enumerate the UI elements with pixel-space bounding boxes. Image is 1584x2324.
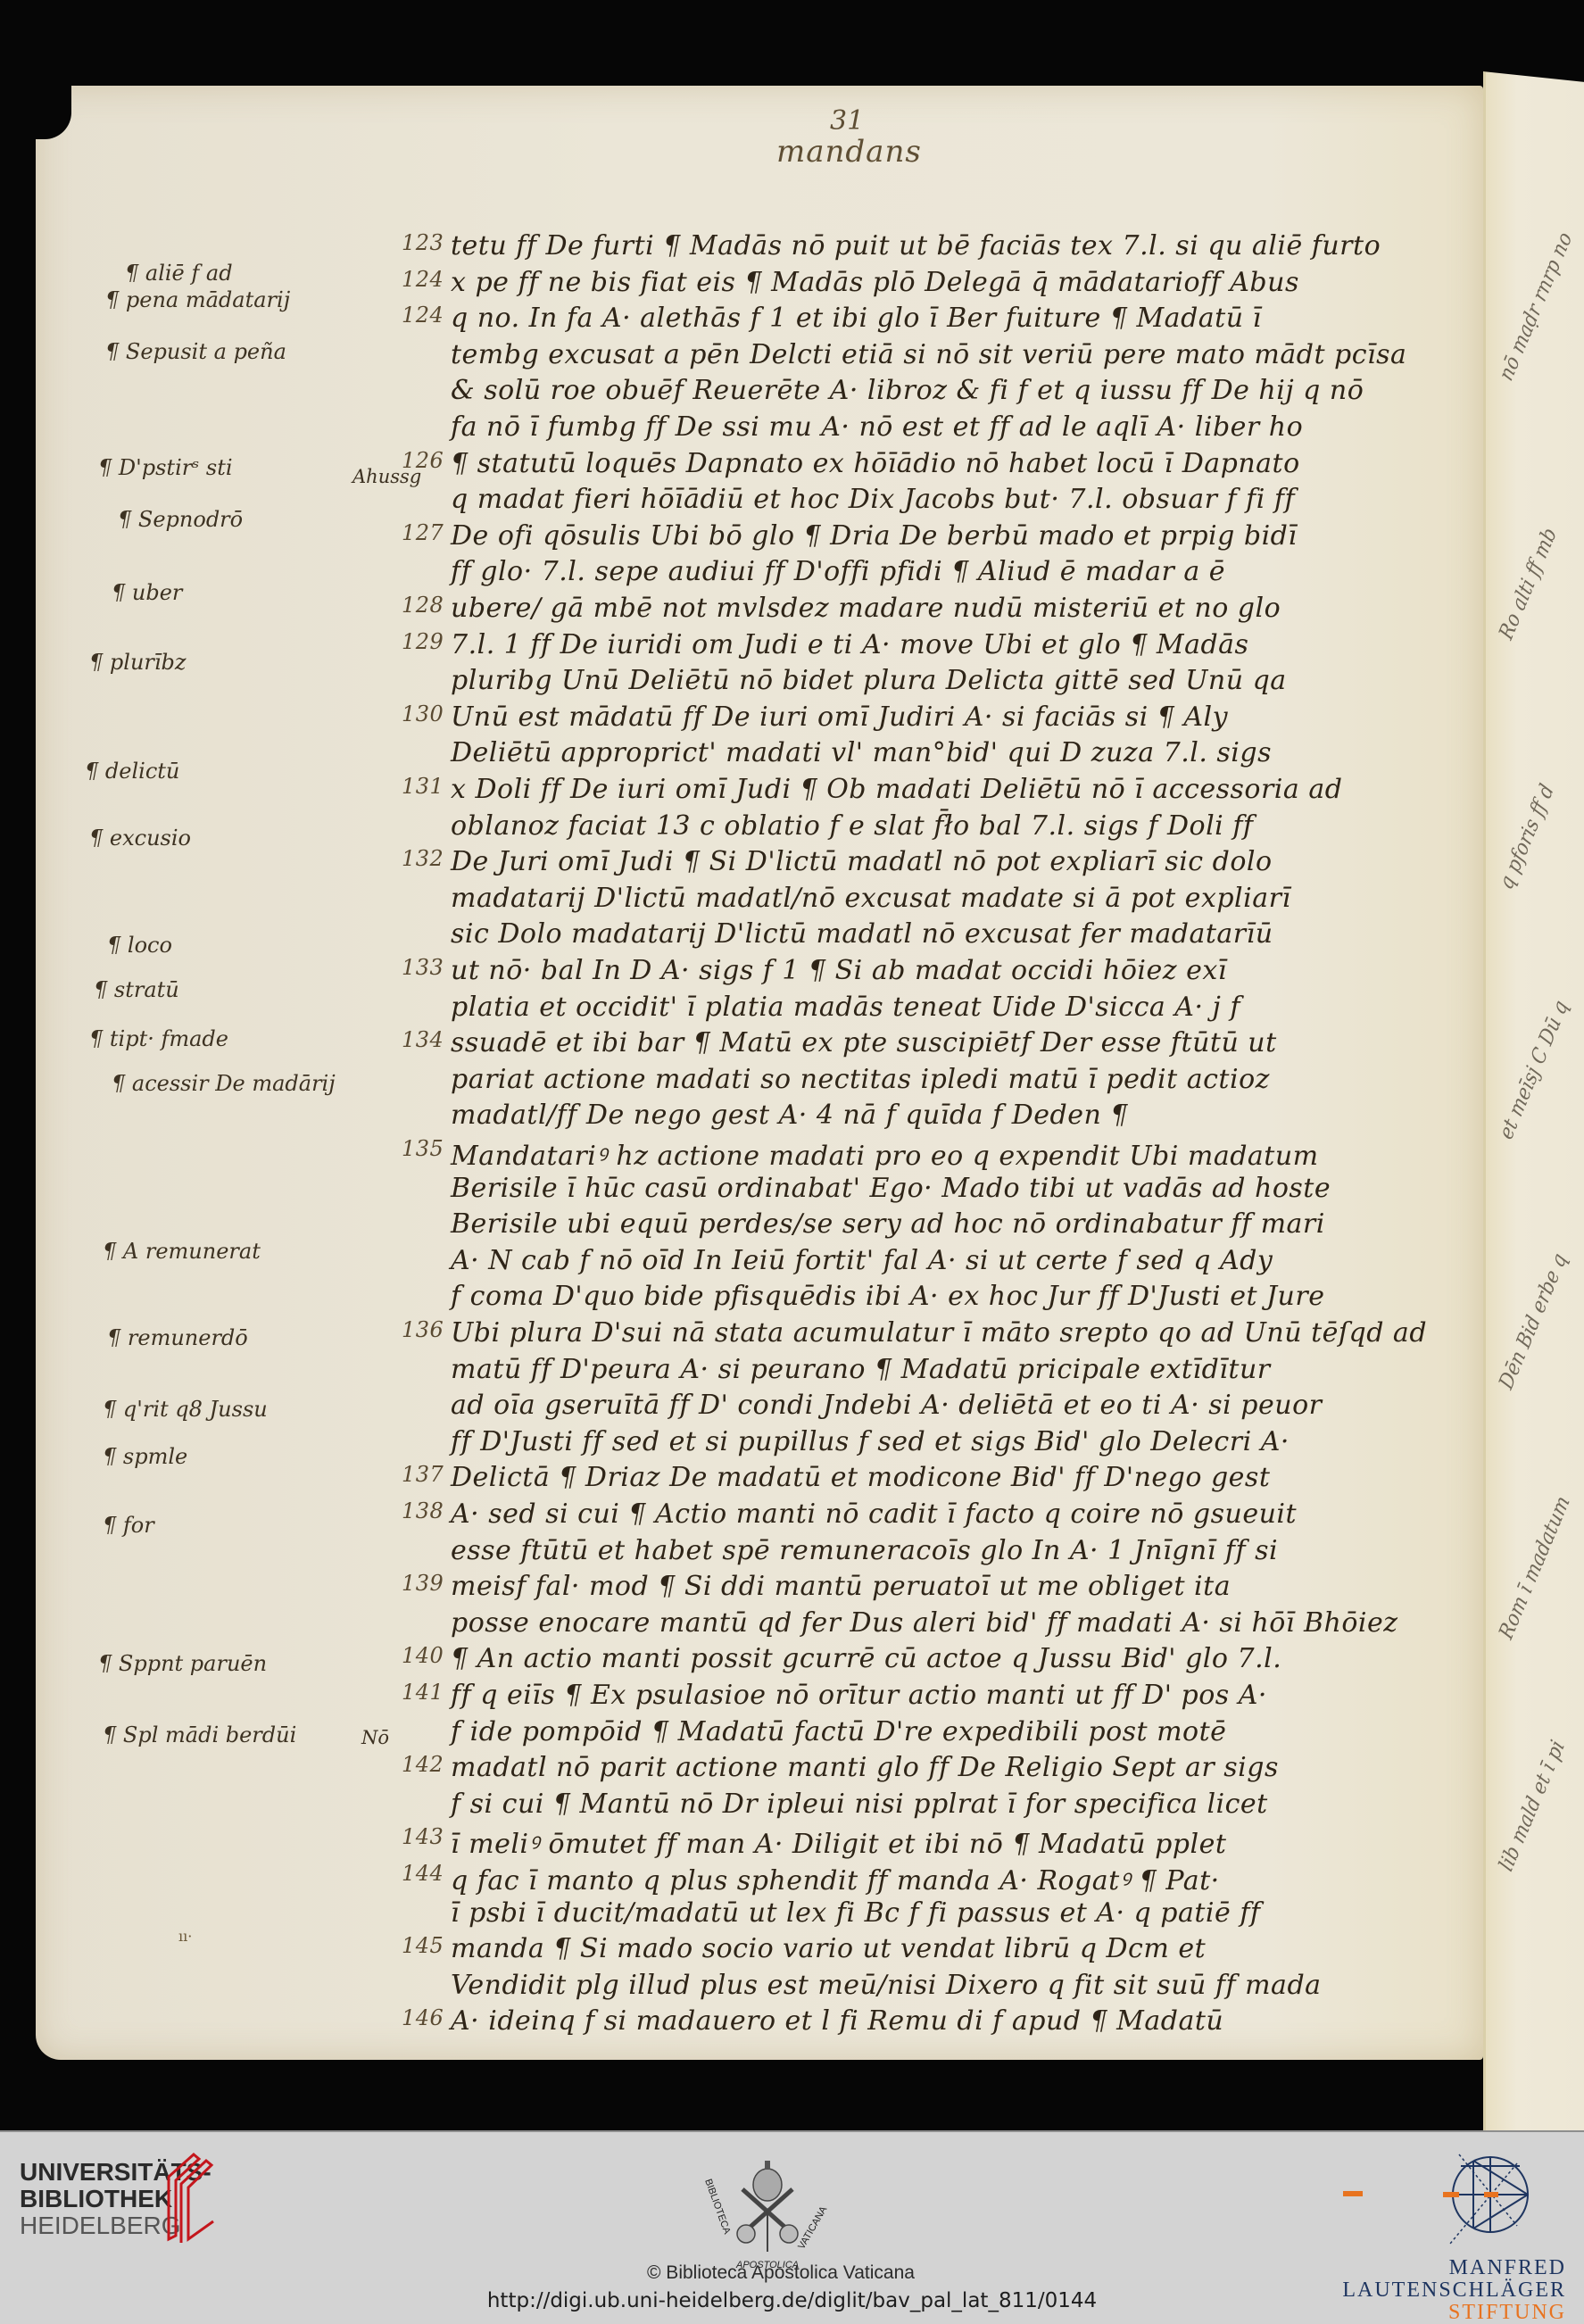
folio-number: 31: [830, 105, 864, 137]
line-text: Delictā ¶ Driaz De madatū et modicone Bi…: [451, 1462, 1270, 1493]
line-text: Mandatariꝰ hz actione madati pro eo q ex…: [451, 1136, 1319, 1173]
line-text: A· N cab f nō oīd In Ieiū fortit' fal A·…: [451, 1245, 1273, 1276]
side-note: Ahussg: [352, 466, 421, 487]
line-text: q fac ī manto q plus sphendit ff manda A…: [451, 1861, 1220, 1897]
line-text: madatl nō parit actione manti glo ff De …: [451, 1752, 1279, 1783]
line-text: De ofi qōsulis Ubi bō glo ¶ Dria De berb…: [451, 520, 1297, 552]
svg-text:VATICANA: VATICANA: [796, 2204, 829, 2252]
line-text: ad oīa gseruītā ff D' condi Jndebi A· de…: [451, 1390, 1322, 1421]
ub-heidelberg-logo[interactable]: UNIVERSITÄTS- BIBLIOTHEK HEIDELBERG: [20, 2159, 211, 2239]
margin-annotation: ¶ acessir De madārij: [112, 1071, 336, 1096]
line-text: madatarij D'lictū madatl/nō excusat mada…: [451, 883, 1291, 914]
margin-annotation: ¶ Spl mādi berdūi: [103, 1722, 296, 1747]
line-number: 127: [402, 520, 451, 545]
lautenschlaeger-logo-icon[interactable]: [1432, 2150, 1539, 2257]
line-number: 145: [402, 1933, 451, 1958]
line-text: madatl/ff De nego gest A· 4 nā f quīda f…: [451, 1100, 1128, 1131]
margin-annotation: ¶ D'pstirˢ sti: [98, 455, 233, 480]
line-text: A· sed si cui ¶ Actio manti nō cadit ī f…: [451, 1498, 1297, 1530]
line-number: 140: [402, 1643, 451, 1668]
line-text: pluribg Unū Deliētū nō bidet plura Delic…: [451, 665, 1287, 696]
running-title: mandans: [776, 134, 922, 170]
line-text: f si cui ¶ Mantū nō Dr ipleui nisi pplra…: [451, 1789, 1268, 1820]
line-number: 139: [402, 1571, 451, 1596]
line-number: 131: [402, 774, 451, 799]
line-text: ī meliꝰ ōmutet ff man A· Diligit et ibi …: [451, 1824, 1226, 1861]
line-text: Ubi plura D'sui nā stata acumulatur ī mā…: [451, 1317, 1427, 1349]
line-text: meisf fal· mod ¶ Si ddi mantū peruatoī u…: [451, 1571, 1231, 1602]
margin-annotation: ¶ tipt· fmade: [89, 1026, 228, 1051]
line-text: De Juri omī Judi ¶ Si D'lictū madatl nō …: [451, 846, 1273, 877]
vatican-seal-icon[interactable]: BIBLIOTECA APOSTOLICA VATICANA: [687, 2145, 848, 2278]
line-text: ¶ statutū loquēs Dapnato ex hōīādio nō h…: [451, 448, 1300, 479]
facing-text-fragment: q pforis ff d: [1495, 781, 1559, 893]
line-text: Vendidit plg illud plus est meū/nisi Dix…: [451, 1970, 1322, 2001]
line-text: 7.l. 1 ff De iuridi om Judi e ti A· move…: [451, 629, 1248, 660]
margin-annotation: ¶ aliē f ad: [125, 261, 233, 286]
line-text: Deliētū approprict' madati vl' man°bid' …: [451, 737, 1272, 768]
margin-annotation: ¶ pena mādatarij: [105, 287, 290, 312]
line-number: 136: [402, 1317, 451, 1342]
line-text: esse ftūtū et habet spē remuneracoīs glo…: [451, 1535, 1278, 1566]
line-number: 129: [402, 629, 451, 654]
line-text: tembg excusat a pēn Delcti etiā si nō si…: [451, 339, 1406, 370]
svg-text:BIBLIOTECA: BIBLIOTECA: [702, 2178, 733, 2237]
line-text: fa nō ī fumbg ff De ssi mu A· nō est et …: [451, 411, 1303, 443]
line-number: 132: [402, 846, 451, 871]
line-text: ubere/ gā mbē not mvlsdez madare nudū mi…: [451, 593, 1281, 624]
line-text: q madat fieri hōīādiū et hoc Dix Jacobs …: [451, 484, 1295, 515]
margin-annotation: ¶ plurībz: [89, 650, 187, 675]
line-text: Berisile ubi equū perdes/se sery ad hoc …: [451, 1208, 1325, 1240]
facing-text-fragment: nō maḍr rnrp no: [1495, 228, 1577, 385]
orange-dash-decoration: [1343, 2191, 1363, 2196]
line-text: q no. In fa A· alethās f 1 et ibi glo ī …: [451, 303, 1262, 334]
margin-annotation: ¶ delictū: [85, 759, 179, 784]
line-text: x pe ff ne bis fiat eis ¶ Madās plō Dele…: [451, 267, 1299, 298]
line-text: ff D'Justi ff sed et si pupillus f sed e…: [451, 1426, 1290, 1457]
line-text: oblanoz faciat 13 c oblatio f e slat f̄ł…: [451, 810, 1254, 842]
line-number: 128: [402, 593, 451, 618]
line-text: ff q eiīs ¶ Ex psulasioe nō orītur actio…: [451, 1680, 1267, 1711]
margin-annotation: ¶ spmle: [103, 1444, 187, 1469]
margin-annotation: ¶ stratū: [94, 977, 179, 1002]
sponsor-line1: MANFRED: [1342, 2257, 1566, 2279]
margin-annotation: ¶ q'rit q8 Jussu: [103, 1397, 268, 1422]
facing-text-fragment: Rom ī madatum: [1495, 1492, 1574, 1643]
margin-annotation: ¶ remunerdō: [107, 1325, 248, 1350]
margin-annotation: ¶ Sepnodrō: [118, 507, 243, 532]
margin-annotation: ¶ Sepusit a peña: [105, 339, 286, 364]
facing-page: nō maḍr rnrp no Ro alti ff mb q pforis f…: [1483, 71, 1584, 2130]
line-text: & solū roe obuēf Reuerēte A· libroz & fi…: [451, 375, 1364, 406]
line-number: 137: [402, 1462, 451, 1487]
margin-annotation: ¶ for: [103, 1513, 154, 1538]
line-text: matū ff D'peura A· si peurano ¶ Madatū p…: [451, 1354, 1271, 1385]
line-text: ¶ An actio manti possit gcurrē cū actoe …: [451, 1643, 1281, 1674]
line-text: posse enocare mantū qd fer Dus aleri bid…: [451, 1607, 1398, 1639]
line-number: 143: [402, 1824, 451, 1849]
line-number: 130: [402, 701, 451, 726]
line-text: sic Dolo madatarij D'lictū madatl nō exc…: [451, 918, 1273, 950]
ink-mark: ıı·: [178, 1928, 192, 1945]
sponsor-line2: LAUTENSCHLÄGER: [1342, 2279, 1566, 2302]
line-number: 141: [402, 1680, 451, 1705]
line-text: f coma D'quo bide pfisquēdis ibi A· ex h…: [451, 1281, 1324, 1312]
facing-text-fragment: et meīsj C Dū q: [1495, 997, 1572, 1143]
sponsor-name: MANFRED LAUTENSCHLÄGER STIFTUNG: [1342, 2257, 1566, 2324]
manuscript-scan: nō maḍr rnrp no Ro alti ff mb q pforis f…: [0, 0, 1584, 2130]
line-number: 133: [402, 955, 451, 980]
line-text: ī psbi ī ducit/madatū ut lex fi Bc f fi …: [451, 1897, 1261, 1929]
margin-annotation: ¶ loco: [107, 933, 172, 958]
footer-bar: UNIVERSITÄTS- BIBLIOTHEK HEIDELBERG BIBL…: [0, 2130, 1584, 2324]
copyright-notice: © Biblioteca Apostolica Vaticana: [647, 2262, 915, 2284]
line-text: tetu ff De furti ¶ Madās nō puit ut bē f…: [451, 230, 1381, 261]
line-number: 146: [402, 2005, 451, 2030]
line-number: 142: [402, 1752, 451, 1777]
line-text: A· ideinq f si madauero et l fi Remu di …: [451, 2005, 1223, 2037]
margin-annotation: ¶ uber: [112, 580, 182, 605]
line-number: 135: [402, 1136, 451, 1161]
facing-text-fragment: Ro alti ff mb: [1495, 524, 1562, 643]
line-text: x Doli ff De iuri omī Judi ¶ Ob madati D…: [451, 774, 1342, 805]
line-text: Berisile ī hūc casū ordinabat' Ego· Mado…: [451, 1173, 1331, 1204]
line-text: manda ¶ Si mado socio vario ut vendat li…: [451, 1933, 1206, 1964]
line-text: ut nō· bal In D A· sigs f 1 ¶ Si ab mada…: [451, 955, 1227, 986]
line-text: ff glo· 7.l. sepe audiui ff D'offi pfidi…: [451, 556, 1225, 587]
line-text: pariat actione madati so nectitas ipledi…: [451, 1064, 1270, 1095]
sponsor-line3: STIFTUNG: [1342, 2302, 1566, 2324]
margin-annotation: ¶ Sppnt paruēn: [98, 1651, 267, 1676]
line-text: Unū est mādatū ff De iuri omī Judiri A· …: [451, 701, 1228, 733]
line-number: 138: [402, 1498, 451, 1523]
line-text: ssuadē et ibi bar ¶ Matū ex pte suscipiē…: [451, 1027, 1277, 1058]
facing-text-fragment: lib mald et ī pi: [1495, 1737, 1570, 1875]
margin-annotation: ¶ excusio: [89, 826, 191, 851]
line-number: 144: [402, 1861, 451, 1886]
line-text: platia et occidit' ī platia madās teneat…: [451, 992, 1240, 1023]
margin-annotation: ¶ A remunerat: [103, 1239, 261, 1264]
line-number: 124: [402, 303, 451, 328]
line-number: 123: [402, 230, 451, 255]
facing-text-fragment: Dēn Bid erbe q: [1495, 1249, 1572, 1393]
line-text: f ide pompōid ¶ Madatū factū D're expedi…: [451, 1716, 1226, 1747]
side-note: Nō: [361, 1727, 389, 1748]
line-number: 134: [402, 1027, 451, 1052]
ub-book-icon: [158, 2150, 220, 2248]
line-number: 124: [402, 267, 451, 292]
